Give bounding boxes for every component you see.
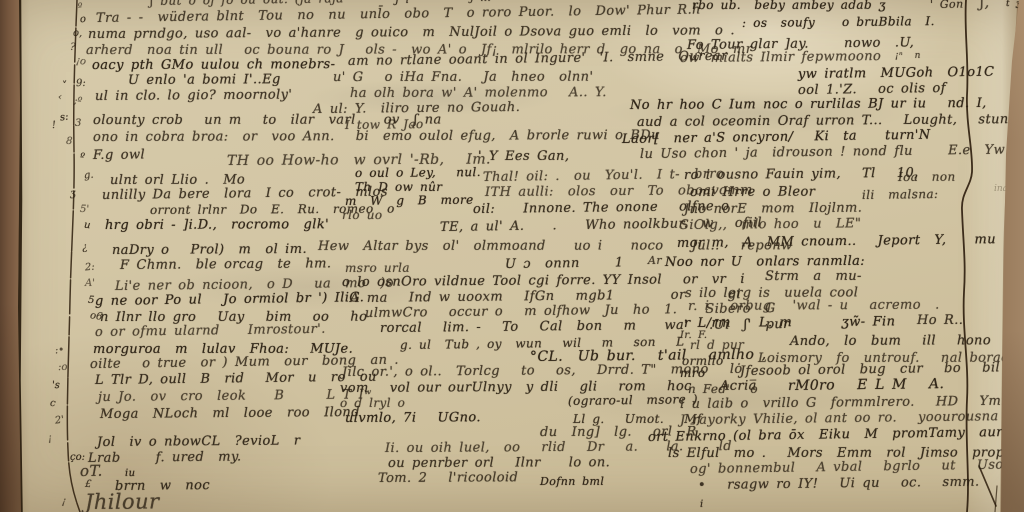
faint-edge-mark: ina [994,184,1008,194]
manuscript-page: ºoo,?¡oˬ9:‹;ºs:!38ºg.ʒ5'u¿2:A'5o6:•:o'sc… [0,0,1024,512]
desk-background: ºoo,?¡oˬ9:‹;ºs:!38ºg.ʒ5'u¿2:A'5o6:•:o'sc… [0,0,1024,512]
edge-marks-layer: ina [0,0,1024,512]
